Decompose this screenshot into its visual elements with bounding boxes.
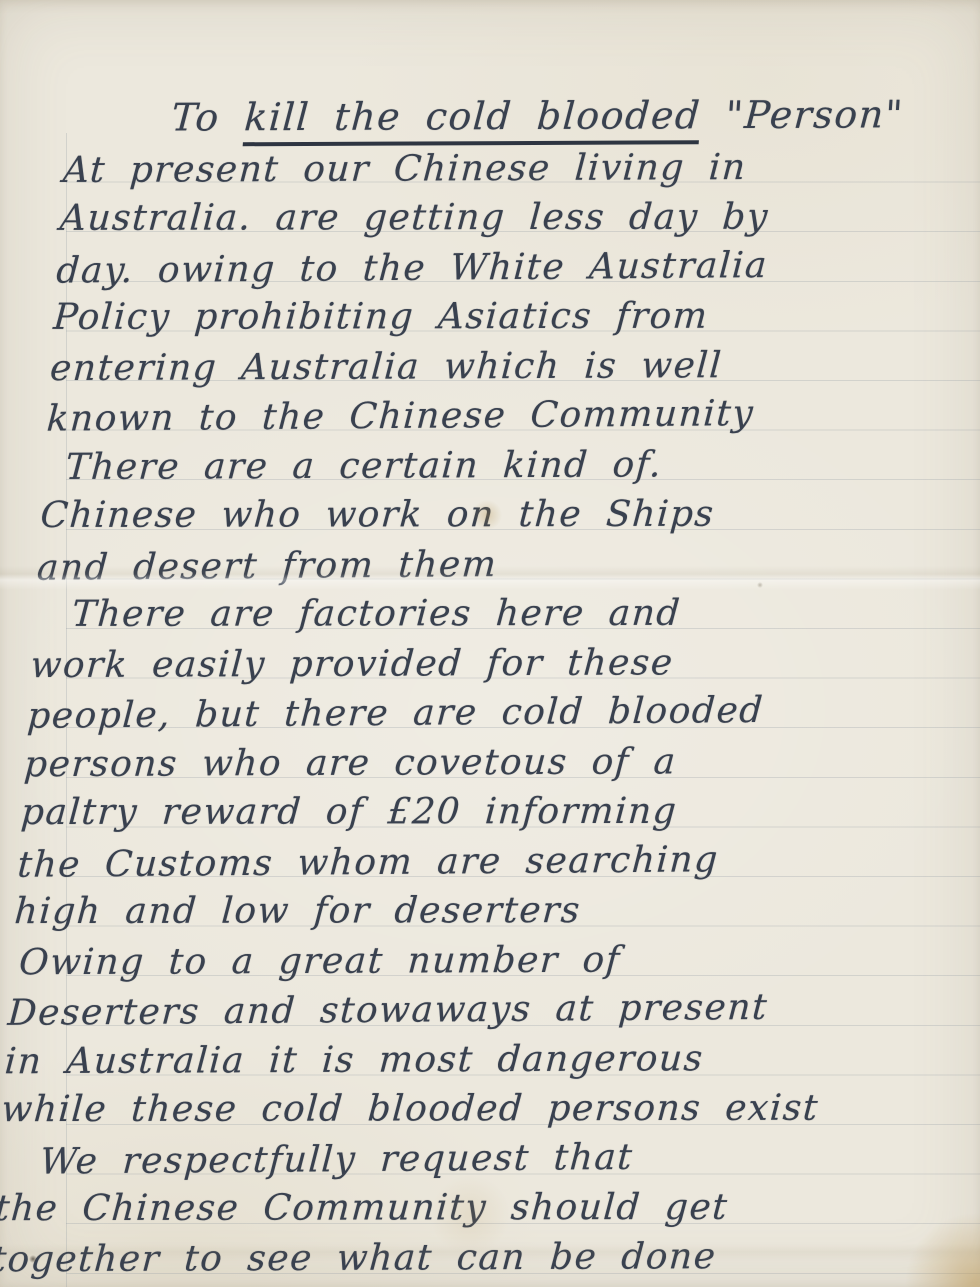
handwriting-line: day. owing to the White Australia	[55, 239, 960, 296]
handwritten-letter-body: To kill the cold blooded "Person" At pre…	[0, 92, 970, 1284]
handwriting-line: Owing to a great number of	[10, 934, 915, 987]
handwriting-line: entering Australia which is well	[49, 340, 954, 393]
handwriting-line: the Chinese Community should get	[0, 1183, 899, 1234]
handwriting-line: while these cold blooded persons exist	[0, 1084, 905, 1135]
handwriting-line: Deserters and stowaways at present	[6, 982, 911, 1039]
handwriting-line: There are factories here and	[32, 588, 937, 639]
handwriting-line: people, but there are cold blooded	[26, 685, 931, 742]
handwriting-line: There are a certain kind of.	[42, 439, 947, 492]
handwriting-line: Policy prohibiting Asiatics from	[52, 291, 957, 342]
handwriting-line: high and low for deserters	[13, 885, 918, 936]
handwriting-line: At present our Chinese living in	[62, 142, 967, 195]
handwriting-line: Chinese who work on the Ships	[39, 489, 944, 540]
handwriting-line: We respectfully request that	[0, 1130, 902, 1187]
letter-title-line: To kill the cold blooded "Person"	[65, 92, 970, 145]
handwriting-line: the Customs whom are searching	[16, 833, 921, 890]
handwriting-line: known to the Chinese Community	[45, 388, 950, 445]
handwriting-line: persons who are covetous of a	[23, 736, 928, 789]
title-post-text: "Person"	[699, 92, 905, 137]
handwriting-line: in Australia it is most dangerous	[3, 1033, 908, 1086]
handwriting-line: work easily provided for these	[29, 637, 934, 690]
letter-lines: At present our Chinese living in Austral…	[0, 142, 967, 1285]
handwriting-line: Australia. are getting less day by	[58, 192, 963, 243]
handwriting-line: paltry reward of £20 informing	[19, 786, 924, 837]
handwriting-line: and desert from them	[36, 536, 941, 593]
title-pre-text: To	[170, 95, 246, 139]
handwriting-line: together to see what can be done	[0, 1231, 895, 1284]
letter-page: To kill the cold blooded "Person" At pre…	[0, 0, 980, 1287]
title-underlined-phrase: kill the cold blooded	[243, 93, 703, 146]
